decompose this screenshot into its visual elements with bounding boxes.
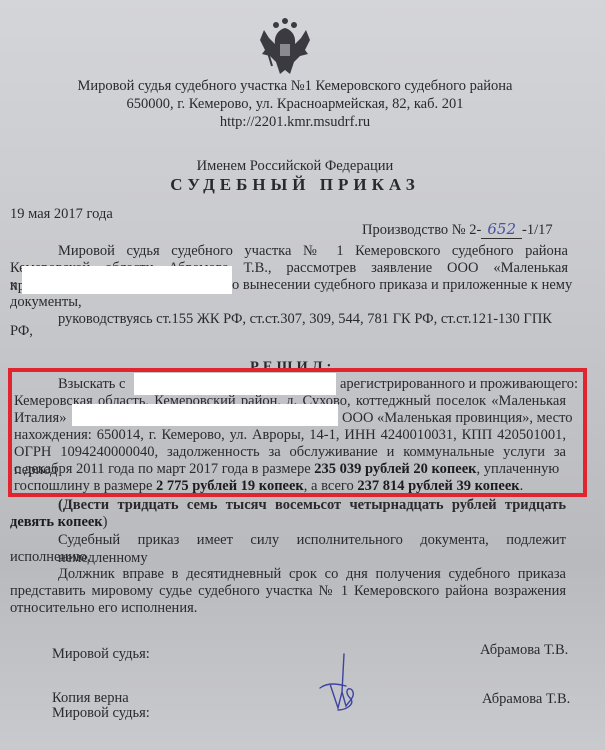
judge-name: Абрамова Т.В. [480,641,568,659]
order-date: 19 мая 2017 года [10,205,113,223]
judge-label: Мировой судья: [52,645,150,663]
objection-line-2: представить мировому судье судебного уча… [10,582,566,600]
intro-line-3-prefix: к [10,276,17,294]
document-title: СУДЕБНЫЙ ПРИКАЗ [60,175,530,195]
amount-in-words-line-1: (Двести тридцать семь тысяч восемьсот че… [58,496,566,514]
court-order-document: Мировой судья судебного участка №1 Кемер… [0,0,605,750]
handwritten-signature-icon [316,652,360,714]
legal-basis-line-1: руководствуясь ст.155 ЖК РФ, ст.ст.307, … [58,310,552,328]
amount-in-words-line-2: девять копеек) [10,513,108,531]
copy-judge-label: Мировой судья: [52,704,150,722]
document-subtitle: Именем Российской Федерации [60,158,530,175]
objection-line-1: Должник вправе в десятидневный срок со д… [58,565,566,583]
court-name: Мировой судья судебного участка №1 Кемер… [60,78,530,95]
enforcement-line-1: Судебный приказ имеет силу исполнительно… [58,531,566,567]
intro-line-1: Мировой судья судебного участка № 1 Кеме… [58,242,568,260]
objection-line-3: относительно его исполнения. [10,599,197,617]
court-address: 650000, г. Кемерово, ул. Красноармейская… [60,96,530,113]
intro-line-3-suffix: о вынесении судебного приказа и приложен… [232,276,572,294]
copy-judge-name: Абрамова Т.В. [482,690,570,708]
intro-line-4: документы, [10,293,82,311]
legal-basis-line-2: РФ, [10,322,33,340]
highlight-box [8,368,587,497]
redacted-debtor-name [22,266,232,294]
court-website: http://2201.kmr.msudrf.ru [60,114,530,131]
case-suffix: -1/17 [522,222,553,238]
case-prefix: Производство № 2- [362,222,481,238]
russian-coat-of-arms-icon [256,16,314,78]
case-number-handwritten: 652 [481,220,522,239]
case-number: Производство № 2-652-1/17 [362,220,553,239]
closing-paren: ) [103,514,108,530]
enforcement-line-2: исполнению. [10,548,90,566]
amount-in-words-end: девять копеек [10,514,103,530]
